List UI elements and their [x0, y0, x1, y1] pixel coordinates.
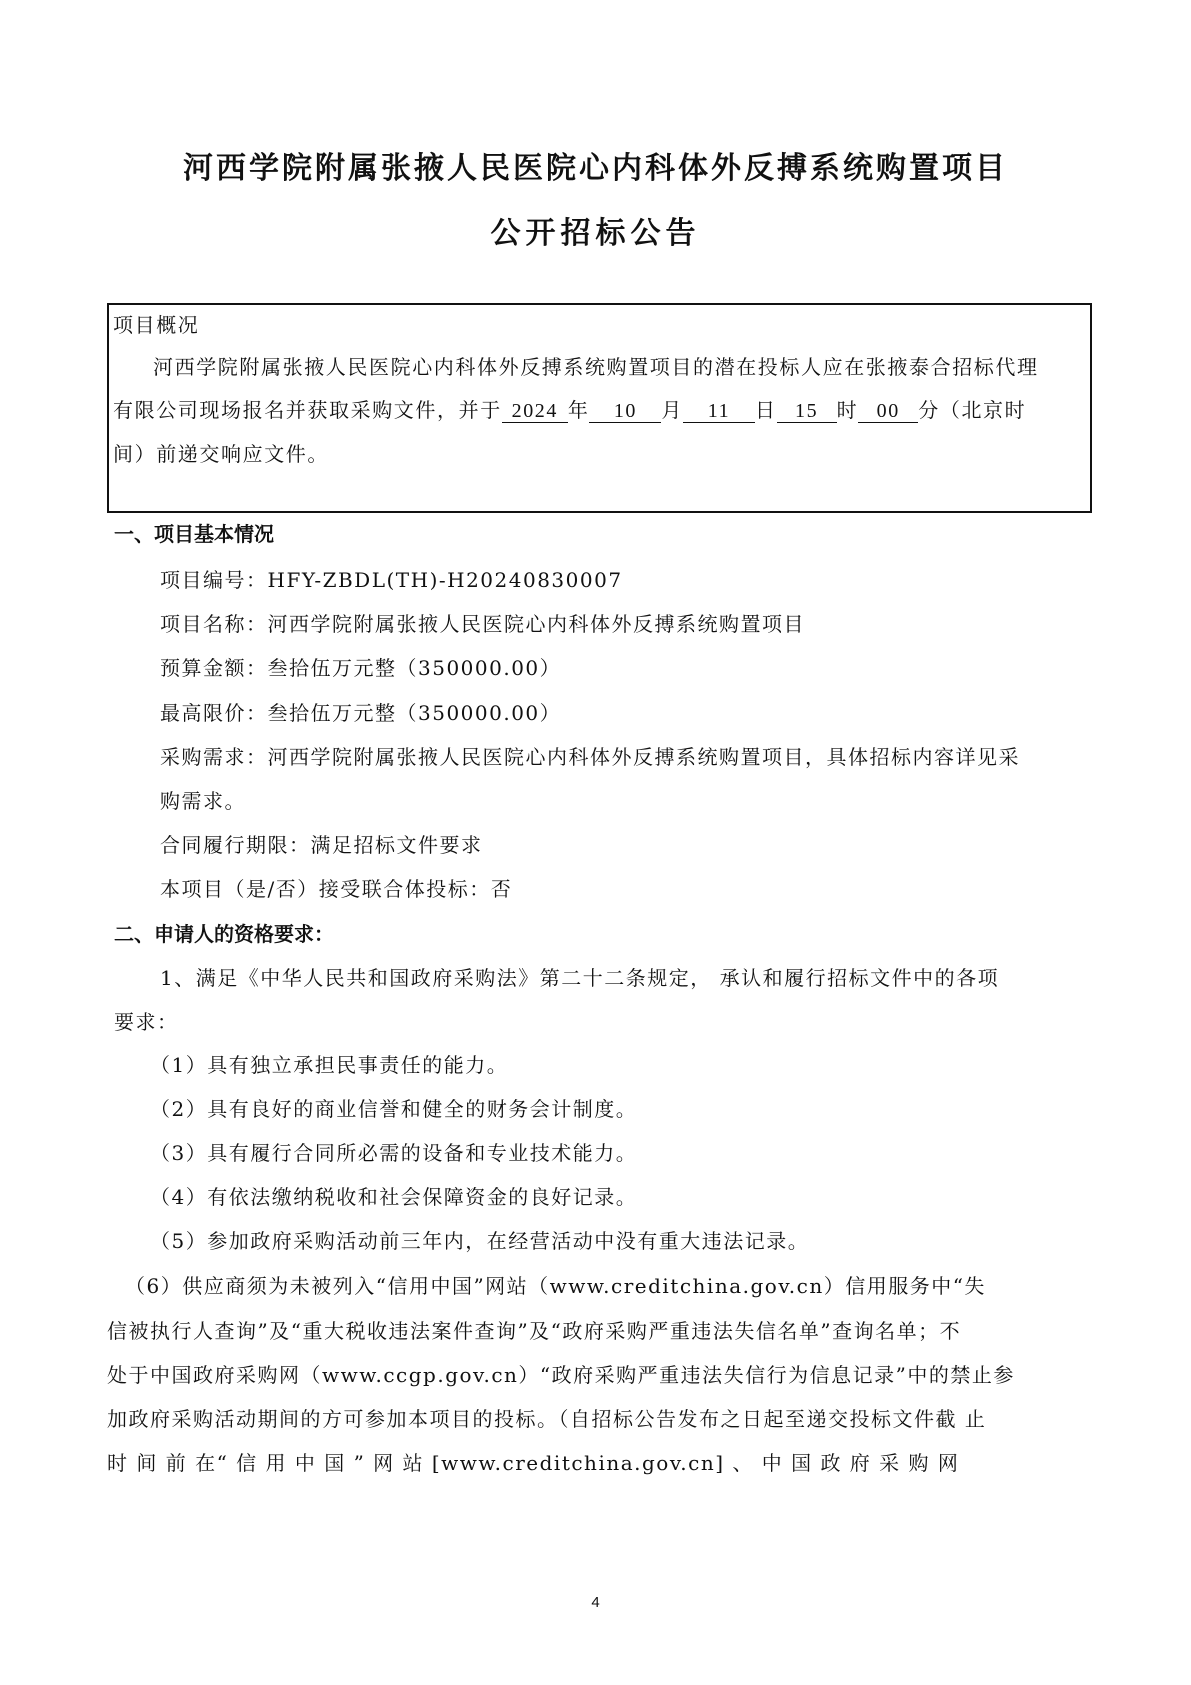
section-2-heading: 二、申请人的资格要求： — [114, 918, 334, 947]
contract-period: 合同履行期限：满足招标文件要求 — [160, 829, 483, 858]
deadline-month: 10 — [589, 400, 661, 423]
day-label: 日 — [755, 398, 777, 422]
qualification-sub-3: （3）具有履行合同所必需的设备和专业技术能力。 — [150, 1137, 637, 1166]
qualification-item-1-line-2: 要求： — [114, 1006, 179, 1035]
qualification-sub-4: （4）有依法缴纳税收和社会保障资金的良好记录。 — [150, 1181, 637, 1210]
project-number: 项目编号：HFY-ZBDL(TH)-H20240830007 — [160, 564, 623, 593]
qualification-sub-6-line-4: 加政府采购活动期间的方可参加本项目的投标。（自招标公告发布之日起至递交投标文件截… — [107, 1403, 986, 1432]
max-price: 最高限价：叁拾伍万元整（350000.00） — [160, 697, 561, 726]
document-subtitle: 公开招标公告 — [0, 208, 1191, 252]
consortium-bidding: 本项目（是/否）接受联合体投标：否 — [160, 873, 512, 902]
procurement-requirement-line-1: 采购需求：河西学院附属张掖人民医院心内科体外反搏系统购置项目，具体招标内容详见采 — [160, 741, 1020, 770]
qualification-sub-6-line-1: （6）供应商须为未被列入“信用中国”网站（www.creditchina.gov… — [125, 1270, 986, 1299]
section-1-heading: 一、项目基本情况 — [114, 518, 274, 547]
qualification-sub-6-line-5: 时 间 前 在“ 信 用 中 国 ” 网 站 [www.creditchina.… — [107, 1447, 959, 1476]
deadline-year: 2024 — [502, 400, 568, 423]
qualification-sub-2: （2）具有良好的商业信誉和健全的财务会计制度。 — [150, 1093, 637, 1122]
project-overview-box: 项目概况 河西学院附属张掖人民医院心内科体外反搏系统购置项目的潜在投标人应在张掖… — [107, 303, 1092, 513]
document-title: 河西学院附属张掖人民医院心内科体外反搏系统购置项目 — [0, 143, 1191, 187]
page-number: 4 — [0, 1594, 1191, 1611]
overview-line-1: 河西学院附属张掖人民医院心内科体外反搏系统购置项目的潜在投标人应在张掖泰合招标代… — [153, 351, 1039, 380]
deadline-hour: 15 — [777, 400, 837, 423]
hour-label: 时 — [837, 398, 859, 422]
project-name: 项目名称：河西学院附属张掖人民医院心内科体外反搏系统购置项目 — [160, 608, 805, 637]
qualification-item-1-line-1: 1、满足《中华人民共和国政府采购法》第二十二条规定， 承认和履行招标文件中的各项 — [160, 962, 999, 991]
deadline-day: 11 — [683, 400, 755, 423]
qualification-sub-6-line-3: 处于中国政府采购网（www.ccgp.gov.cn）“政府采购严重违法失信行为信… — [107, 1359, 1015, 1388]
month-label: 月 — [661, 398, 683, 422]
deadline-minute: 00 — [858, 400, 918, 423]
year-label: 年 — [568, 398, 590, 422]
qualification-sub-6-line-2: 信被执行人查询”及“重大税收违法案件查询”及“政府采购严重违法失信名单”查询名单… — [107, 1315, 961, 1344]
budget-amount: 预算金额：叁拾伍万元整（350000.00） — [160, 652, 561, 681]
qualification-sub-1: （1）具有独立承担民事责任的能力。 — [150, 1049, 508, 1078]
overview-line-2-prefix: 有限公司现场报名并获取采购文件，并于 — [113, 398, 502, 422]
qualification-sub-5: （5）参加政府采购活动前三年内，在经营活动中没有重大违法记录。 — [150, 1225, 809, 1254]
minute-label: 分（北京时 — [918, 398, 1026, 422]
overview-line-3: 间）前递交响应文件。 — [113, 438, 329, 467]
overview-line-2: 有限公司现场报名并获取采购文件，并于2024年10月11日15时00分（北京时 — [113, 394, 1026, 423]
procurement-requirement-line-2: 购需求。 — [160, 785, 246, 814]
overview-heading: 项目概况 — [113, 309, 199, 338]
